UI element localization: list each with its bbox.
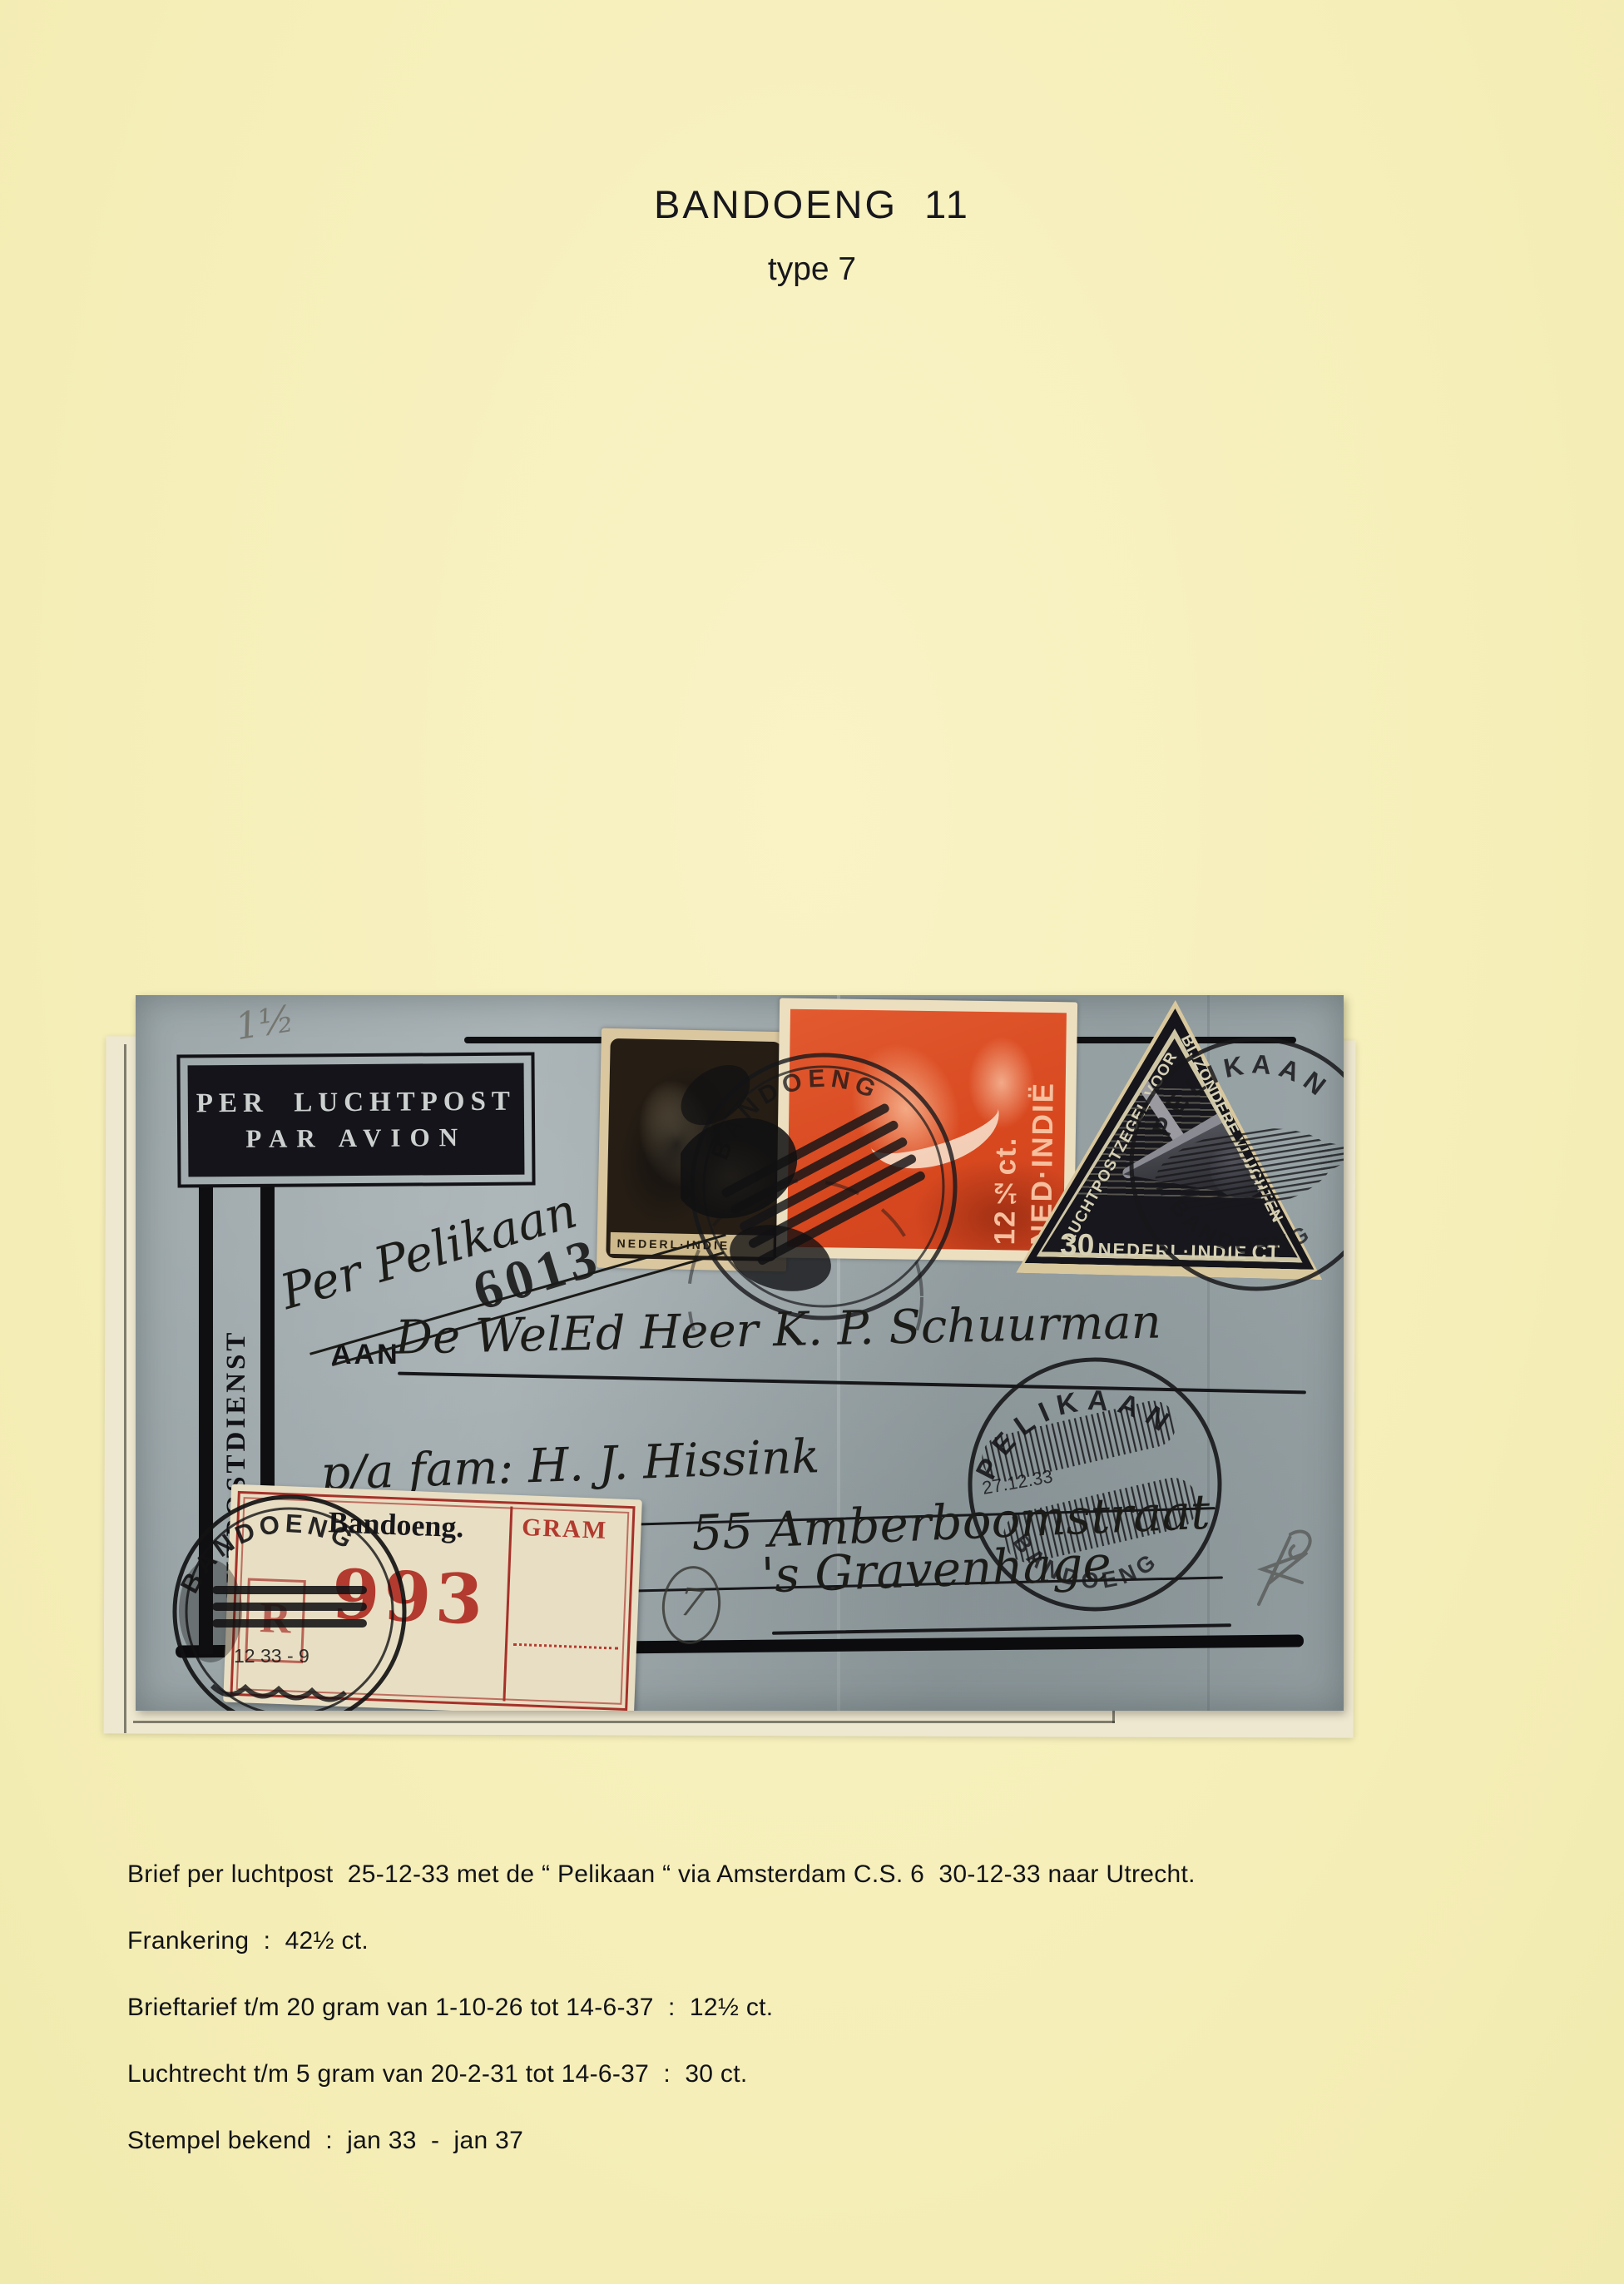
postmark-pelikaan-top: PELIKAAN BANDOENG bbox=[1117, 1025, 1344, 1303]
mount-edge-bottom bbox=[133, 1721, 1115, 1723]
caption-line-4: Luchtrecht t/m 5 gram van 20-2-31 tot 14… bbox=[127, 2060, 748, 2088]
svg-text:PELIKAAN: PELIKAAN bbox=[1146, 1048, 1337, 1141]
caption-line-2: Frankering : 42½ ct. bbox=[127, 1927, 369, 1955]
pencil-scribble bbox=[1242, 1521, 1325, 1629]
page-title: BANDOENG 11 bbox=[0, 181, 1624, 227]
album-page: BANDOENG 11 type 7 PER LUCHTPOST PAR AVI… bbox=[0, 0, 1624, 2284]
postmark-registry-date: 12 33 - 9 bbox=[234, 1645, 309, 1667]
postmark-bandoeng-registry: BANDOENG 12 33 - 9 bbox=[164, 1486, 415, 1711]
airmail-etiquette-inner: PER LUCHTPOST PAR AVION bbox=[188, 1063, 525, 1177]
airmail-label-line2: PAR AVION bbox=[245, 1122, 467, 1154]
address-line-careof: p/a fam: H. J. Hissink bbox=[319, 1422, 1037, 1501]
caption-line-1: Brief per luchtpost 25-12-33 met de “ Pe… bbox=[127, 1860, 1196, 1889]
caption-line-3: Brieftarief t/m 20 gram van 1-10-26 tot … bbox=[127, 1994, 773, 2022]
pencil-circled-number-value: 7 bbox=[677, 1579, 706, 1627]
address-city-underline bbox=[772, 1623, 1231, 1635]
airmail-label-line1: PER LUCHTPOST bbox=[196, 1086, 516, 1119]
stamp-triangle-value: 30 bbox=[1060, 1227, 1095, 1262]
mount-edge-left bbox=[124, 1044, 126, 1733]
airmail-cover: PER LUCHTPOST PAR AVION LUCHTPOSTDIENST … bbox=[136, 995, 1344, 1711]
pencil-weight-note: 1½ bbox=[232, 998, 297, 1048]
pencil-circled-number: 7 bbox=[658, 1563, 724, 1647]
registration-gram-label: GRAM bbox=[522, 1514, 608, 1545]
airmail-etiquette: PER LUCHTPOST PAR AVION bbox=[176, 1053, 535, 1188]
mount-edge-jog bbox=[1112, 1711, 1115, 1723]
page-subtitle: type 7 bbox=[0, 251, 1624, 288]
postmark-pelikaan-top-town: PELIKAAN bbox=[1146, 1048, 1337, 1141]
caption-line-5: Stempel bekend : jan 33 - jan 37 bbox=[127, 2127, 523, 2155]
